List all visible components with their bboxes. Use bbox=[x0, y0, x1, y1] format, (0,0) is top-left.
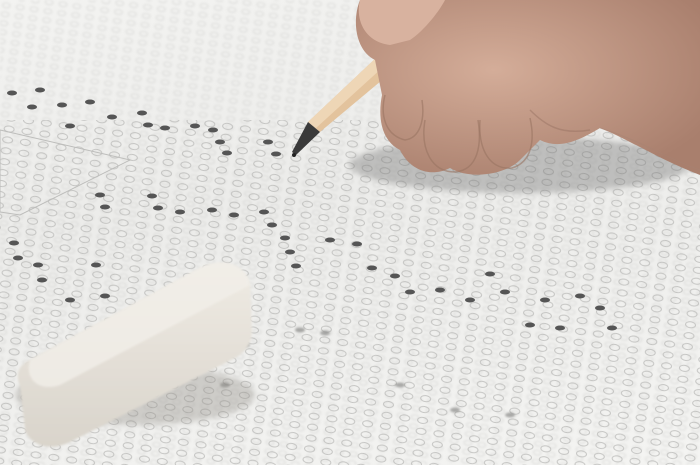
hand bbox=[356, 0, 700, 175]
photo-scene bbox=[0, 0, 700, 465]
answer-sheet bbox=[0, 0, 700, 465]
